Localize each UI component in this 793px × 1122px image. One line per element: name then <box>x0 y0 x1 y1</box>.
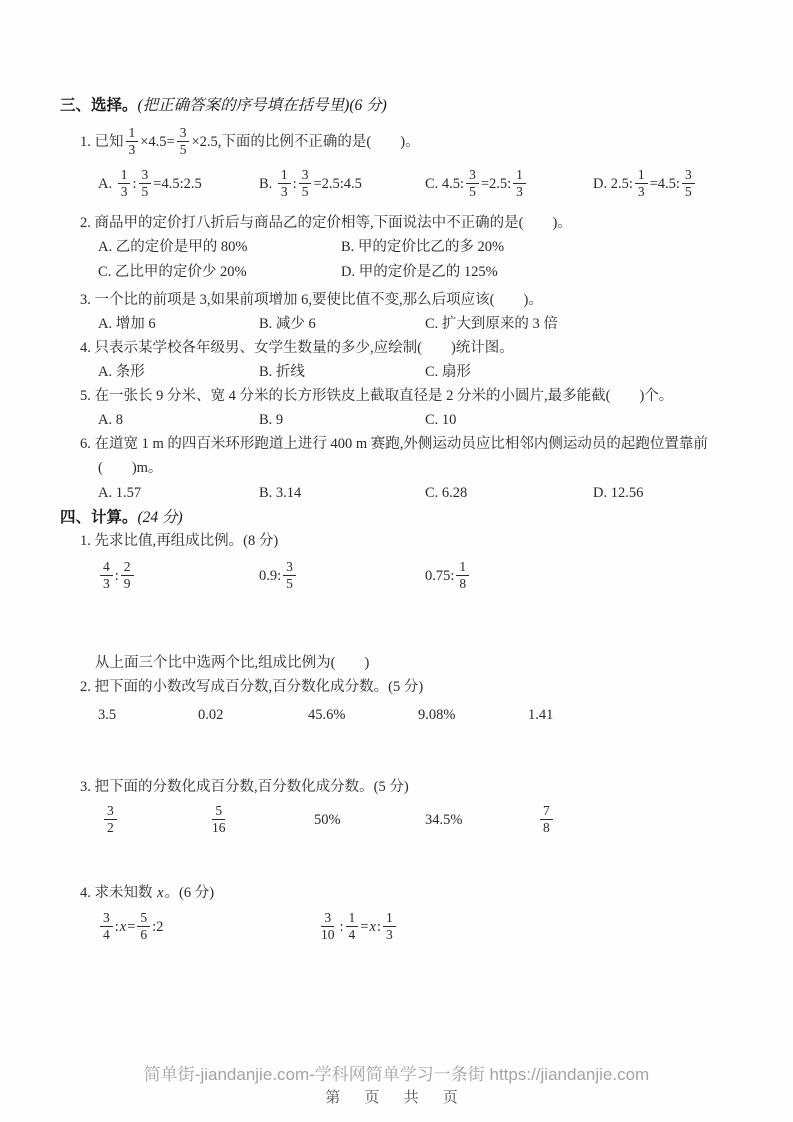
section-choice-title: 三、选择。 <box>60 97 138 114</box>
question-2-option-d: D. 甲的定价是乙的 125% <box>341 260 743 285</box>
question-2-option-c: C. 乙比甲的定价少 20% <box>98 260 341 285</box>
question-6-option-c: C. 6.28 <box>425 481 593 505</box>
question-4-options: A. 条形 B. 折线 C. 扇形 <box>98 360 743 384</box>
question-5-stem: 5. 在一张长 9 分米、宽 4 分米的长方形铁皮上截取直径是 2 分米的小圆片… <box>80 384 743 408</box>
calc-1-label: 1. 先求比值,再组成比例。(8 分) <box>80 529 743 553</box>
question-4: 4. 只表示某学校各年级男、女学生数量的多少,应绘制( )统计图。 A. 条形 … <box>60 336 743 384</box>
question-4-option-c: C. 扇形 <box>425 360 743 384</box>
question-2-stem: 2. 商品甲的定价打八折后与商品乙的定价相等,下面说法中不正确的是( )。 <box>80 211 743 235</box>
footer-watermark: 简单街-jiandanjie.com-学科网简单学习一条街 https://ji… <box>0 1060 793 1085</box>
calc-1-note: 从上面三个比中选两个比,组成比例为( ) <box>95 651 743 675</box>
calc-3-value-2: 516 <box>207 804 314 837</box>
calc-3-value-3: 50% <box>314 808 425 832</box>
question-2: 2. 商品甲的定价打八折后与商品乙的定价相等,下面说法中不正确的是( )。 A.… <box>60 211 743 285</box>
footer-page-number: 第 页 共 页 <box>0 1086 793 1107</box>
question-3-stem: 3. 一个比的前项是 3,如果前项增加 6,要使比值不变,那么后项应该( )。 <box>80 288 743 312</box>
calc-4-equation-2: 310:14=x:13 <box>316 911 743 944</box>
calc-1-ratio-3: 0.75:18 <box>425 560 743 593</box>
calc-2-value-3: 45.6% <box>308 703 418 727</box>
calc-4-equation-1: 34:x=56:2 <box>98 911 316 944</box>
question-1-option-a: A. 13:35=4.5:2.5 <box>98 168 259 201</box>
calc-4-label: 4. 求未知数 x。(6 分) <box>80 881 743 905</box>
question-1-option-d: D. 2.5:13=4.5:35 <box>593 168 743 201</box>
question-6-option-a: A. 1.57 <box>98 481 259 505</box>
exam-page: 三、选择。(把正确答案的序号填在括号里)(6 分) 1. 已知13×4.5=35… <box>0 0 793 1122</box>
question-3-options: A. 增加 6 B. 减少 6 C. 扩大到原来的 3 倍 <box>98 312 743 336</box>
calc-2-value-2: 0.02 <box>198 703 308 727</box>
section-calc-title: 四、计算。 <box>60 509 138 526</box>
question-5-options: A. 8 B. 9 C. 10 <box>98 408 743 432</box>
question-3: 3. 一个比的前项是 3,如果前项增加 6,要使比值不变,那么后项应该( )。 … <box>60 288 743 336</box>
calc-2-label: 2. 把下面的小数改写成百分数,百分数化成分数。(5 分) <box>80 675 743 699</box>
question-6-stem-line2: ( )m。 <box>98 456 743 481</box>
calc-3-values: 32 516 50% 34.5% 78 <box>102 801 743 839</box>
calc-3-label: 3. 把下面的分数化成百分数,百分数化成分数。(5 分) <box>80 775 743 799</box>
question-3-option-b: B. 减少 6 <box>259 312 425 336</box>
question-5-option-a: A. 8 <box>98 408 259 432</box>
exam-content: 三、选择。(把正确答案的序号填在括号里)(6 分) 1. 已知13×4.5=35… <box>60 95 743 947</box>
section-calc-note: (24 分) <box>138 509 183 526</box>
question-2-option-a: A. 乙的定价是甲的 80% <box>98 235 341 260</box>
section-calc-heading: 四、计算。(24 分) <box>60 507 743 529</box>
question-6-option-b: B. 3.14 <box>259 481 425 505</box>
question-6: 6. 在道宽 1 m 的四百米环形跑道上进行 400 m 赛跑,外侧运动员应比相… <box>60 432 743 505</box>
question-6-options: A. 1.57 B. 3.14 C. 6.28 D. 12.56 <box>98 481 743 505</box>
question-5-option-c: C. 10 <box>425 408 743 432</box>
calc-4: 4. 求未知数 x。(6 分) 34:x=56:2 310:14=x:13 <box>60 881 743 947</box>
question-6-option-d: D. 12.56 <box>593 481 743 505</box>
question-1-options: A. 13:35=4.5:2.5 B. 13:35=2.5:4.5 C. 4.5… <box>98 165 743 203</box>
question-2-option-b: B. 甲的定价比乙的多 20% <box>341 235 743 260</box>
question-5: 5. 在一张长 9 分米、宽 4 分米的长方形铁皮上截取直径是 2 分米的小圆片… <box>60 384 743 432</box>
calc-2-value-4: 9.08% <box>418 703 528 727</box>
calc-1-ratio-2: 0.9:35 <box>259 560 425 593</box>
calc-3-value-4: 34.5% <box>425 808 538 832</box>
calc-2-value-5: 1.41 <box>528 703 743 727</box>
question-4-stem: 4. 只表示某学校各年级男、女学生数量的多少,应绘制( )统计图。 <box>80 336 743 360</box>
question-3-option-c: C. 扩大到原来的 3 倍 <box>425 312 743 336</box>
calc-4-equations: 34:x=56:2 310:14=x:13 <box>98 907 743 947</box>
calc-2-value-1: 3.5 <box>98 703 198 727</box>
section-choice-note: (把正确答案的序号填在括号里)(6 分) <box>138 97 387 114</box>
question-5-option-b: B. 9 <box>259 408 425 432</box>
question-1-stem: 1. 已知13×4.5=35×2.5,下面的比例不正确的是( )。 <box>80 123 743 161</box>
calc-3-value-5: 78 <box>538 804 743 837</box>
question-1: 1. 已知13×4.5=35×2.5,下面的比例不正确的是( )。 A. 13:… <box>60 123 743 203</box>
question-1-option-c: C. 4.5:35=2.5:13 <box>425 168 593 201</box>
question-2-options: A. 乙的定价是甲的 80% B. 甲的定价比乙的多 20% C. 乙比甲的定价… <box>98 235 743 285</box>
question-4-option-b: B. 折线 <box>259 360 425 384</box>
question-3-option-a: A. 增加 6 <box>98 312 259 336</box>
question-1-option-b: B. 13:35=2.5:4.5 <box>259 168 425 201</box>
calc-2: 2. 把下面的小数改写成百分数,百分数化成分数。(5 分) 3.5 0.02 4… <box>60 675 743 727</box>
calc-1-ratios: 43:29 0.9:35 0.75:18 <box>98 557 743 595</box>
section-choice-heading: 三、选择。(把正确答案的序号填在括号里)(6 分) <box>60 95 743 117</box>
calc-1: 1. 先求比值,再组成比例。(8 分) 43:29 0.9:35 0.75:18… <box>60 529 743 675</box>
question-6-stem-line1: 6. 在道宽 1 m 的四百米环形跑道上进行 400 m 赛跑,外侧运动员应比相… <box>80 432 743 456</box>
calc-2-values: 3.5 0.02 45.6% 9.08% 1.41 <box>98 703 743 727</box>
calc-3: 3. 把下面的分数化成百分数,百分数化成分数。(5 分) 32 516 50% … <box>60 775 743 839</box>
question-4-option-a: A. 条形 <box>98 360 259 384</box>
calc-3-value-1: 32 <box>102 804 207 837</box>
calc-1-ratio-1: 43:29 <box>98 560 259 593</box>
